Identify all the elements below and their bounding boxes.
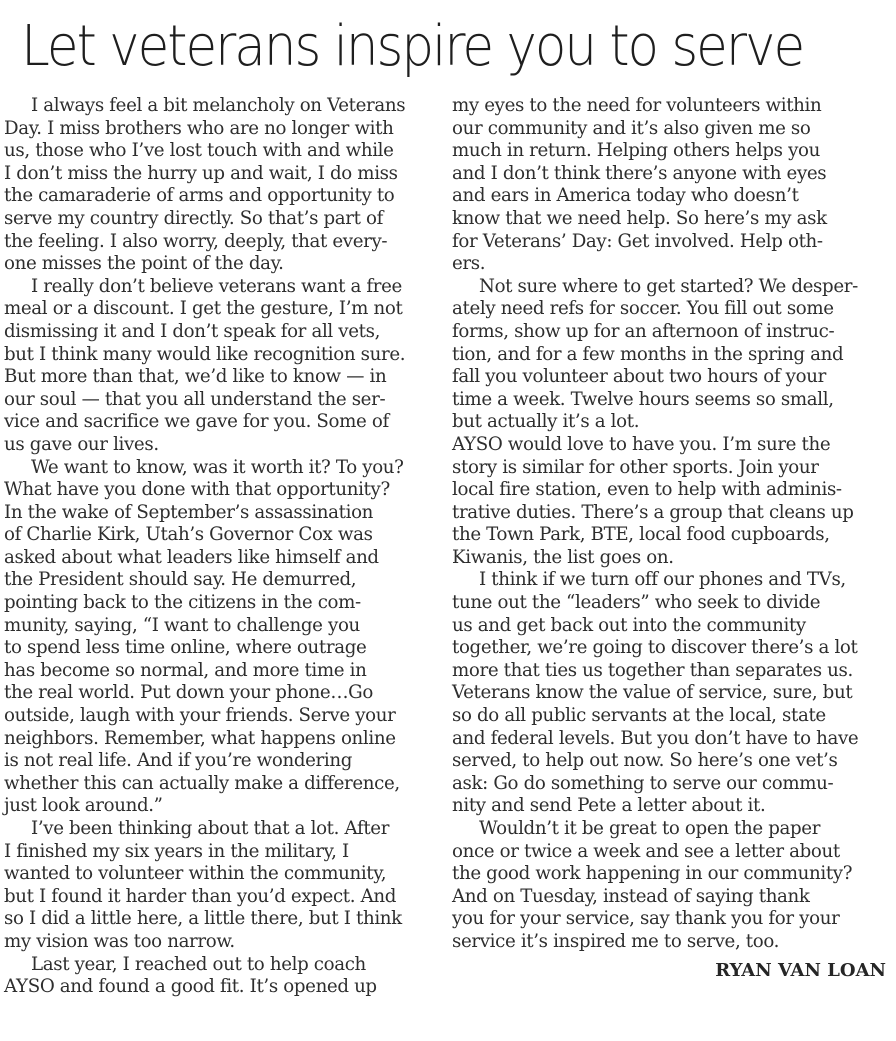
text-line: story is similar for other sports. Join … [452, 457, 892, 480]
text-line: ask: Go do something to serve our commu- [452, 773, 892, 796]
text-line: meal or a discount. I get the gesture, I… [4, 298, 444, 321]
text-line: whether this can actually make a differe… [4, 773, 444, 796]
text-line: the feeling. I also worry, deeply, that … [4, 231, 444, 254]
article-column-left: I always feel a bit melancholy on Vetera… [4, 95, 444, 999]
text-line: us, those who I’ve lost touch with and w… [4, 140, 444, 163]
text-line: our community and it’s also given me so [452, 118, 892, 141]
text-line: trative duties. There’s a group that cle… [452, 502, 892, 525]
text-line: Veterans know the value of service, sure… [452, 682, 892, 705]
text-line: forms, show up for an afternoon of instr… [452, 321, 892, 344]
text-line: us gave our lives. [4, 434, 444, 457]
text-line: time a week. Twelve hours seems so small… [452, 389, 892, 412]
text-line: outside, laugh with your friends. Serve … [4, 705, 444, 728]
text-line: together, we’re going to discover there’… [452, 637, 892, 660]
text-line: AYSO and found a good fit. It’s opened u… [4, 976, 444, 999]
text-line: neighbors. Remember, what happens online [4, 728, 444, 751]
text-line: What have you done with that opportunity… [4, 479, 444, 502]
text-line: Day. I miss brothers who are no longer w… [4, 118, 444, 141]
text-line: dismissing it and I don’t speak for all … [4, 321, 444, 344]
text-line: And on Tuesday, instead of saying thank [452, 886, 892, 909]
text-line: I finished my six years in the military,… [4, 841, 444, 864]
text-line: pointing back to the citizens in the com… [4, 592, 444, 615]
text-line: local fire station, even to help with ad… [452, 479, 892, 502]
text-line: is not real life. And if you’re wonderin… [4, 750, 444, 773]
text-line: tune out the “leaders” who seek to divid… [452, 592, 892, 615]
text-line: We want to know, was it worth it? To you… [4, 457, 444, 480]
text-line: to spend less time online, where outrage [4, 637, 444, 660]
text-line: ers. [452, 253, 892, 276]
text-line: the Town Park, BTE, local food cupboards… [452, 524, 892, 547]
text-line: has become so normal, and more time in [4, 660, 444, 683]
text-line: once or twice a week and see a letter ab… [452, 841, 892, 864]
text-line: more that ties us together than separate… [452, 660, 892, 683]
text-line: much in return. Helping others helps you [452, 140, 892, 163]
text-line: the real world. Put down your phone…Go [4, 682, 444, 705]
text-line: munity, saying, “I want to challenge you [4, 615, 444, 638]
text-line: asked about what leaders like himself an… [4, 547, 444, 570]
text-line: nity and send Pete a letter about it. [452, 795, 892, 818]
text-line: served, to help out now. So here’s one v… [452, 750, 892, 773]
text-line: our soul — that you all understand the s… [4, 389, 444, 412]
text-line: AYSO would love to have you. I’m sure th… [452, 434, 892, 457]
text-line: and ears in America today who doesn’t [452, 185, 892, 208]
text-line: tion, and for a few months in the spring… [452, 344, 892, 367]
article-headline: Let veterans inspire you to serve [0, 2, 845, 92]
text-line: service it’s inspired me to serve, too. [452, 931, 892, 954]
text-line: know that we need help. So here’s my ask [452, 208, 892, 231]
text-line: In the wake of September’s assassination [4, 502, 444, 525]
text-line: the good work happening in our community… [452, 863, 892, 886]
text-line: But more than that, we’d like to know — … [4, 366, 444, 389]
text-line: for Veterans’ Day: Get involved. Help ot… [452, 231, 892, 254]
text-line: ately need refs for soccer. You fill out… [452, 298, 892, 321]
text-line: just look around.” [4, 795, 444, 818]
text-line: the President should say. He demurred, [4, 569, 444, 592]
text-line: I’ve been thinking about that a lot. Aft… [4, 818, 444, 841]
text-line: Last year, I reached out to help coach [4, 954, 444, 977]
text-line: of Charlie Kirk, Utah’s Governor Cox was [4, 524, 444, 547]
text-line: the camaraderie of arms and opportunity … [4, 185, 444, 208]
text-line: I always feel a bit melancholy on Vetera… [4, 95, 444, 118]
text-line: but I found it harder than you’d expect.… [4, 886, 444, 909]
text-line: but actually it’s a lot. [452, 411, 892, 434]
text-line: us and get back out into the community [452, 615, 892, 638]
text-line: and federal levels. But you don’t have t… [452, 728, 892, 751]
text-line: and I don’t think there’s anyone with ey… [452, 163, 892, 186]
text-line: one misses the point of the day. [4, 253, 444, 276]
text-line: vice and sacrifice we gave for you. Some… [4, 411, 444, 434]
text-line: so do all public servants at the local, … [452, 705, 892, 728]
text-line: you for your service, say thank you for … [452, 908, 892, 931]
text-line: I think if we turn off our phones and TV… [452, 569, 892, 592]
author-byline: RYAN VAN LOAN [452, 960, 892, 983]
text-line: I really don’t believe veterans want a f… [4, 276, 444, 299]
text-line: Wouldn’t it be great to open the paper [452, 818, 892, 841]
text-line: wanted to volunteer within the community… [4, 863, 444, 886]
text-line: so I did a little here, a little there, … [4, 908, 444, 931]
text-line: my eyes to the need for volunteers withi… [452, 95, 892, 118]
text-line: I don’t miss the hurry up and wait, I do… [4, 163, 444, 186]
text-line: my vision was too narrow. [4, 931, 444, 954]
text-line: Kiwanis, the list goes on. [452, 547, 892, 570]
text-line: Not sure where to get started? We desper… [452, 276, 892, 299]
text-line: but I think many would like recognition … [4, 344, 444, 367]
text-line: fall you volunteer about two hours of yo… [452, 366, 892, 389]
article-column-right: my eyes to the need for volunteers withi… [452, 95, 892, 982]
text-line: serve my country directly. So that’s par… [4, 208, 444, 231]
